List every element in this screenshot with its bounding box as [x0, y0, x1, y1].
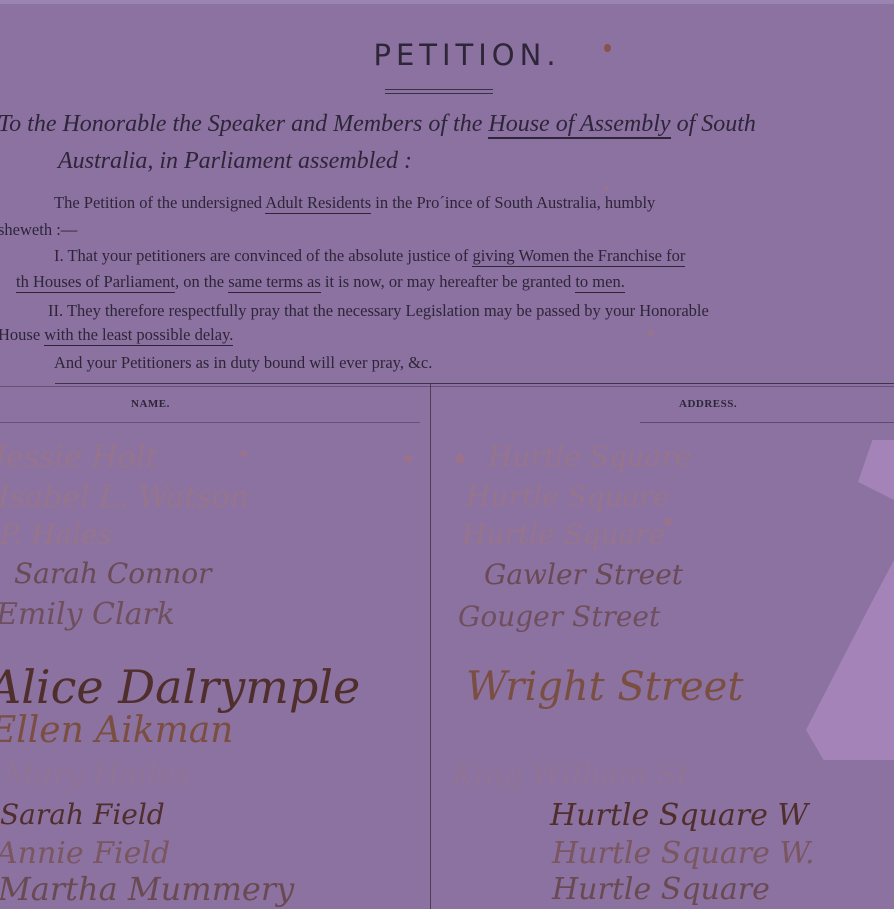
- signature-name: Ellen Aikman: [0, 710, 233, 751]
- signature-address: Hurtle Square W: [550, 798, 808, 833]
- signature-name: Annie Field: [0, 836, 170, 871]
- signature-name: Sarah Field: [0, 798, 165, 831]
- houses-underlined: th Houses of Parliament: [16, 272, 175, 293]
- clause-1-line-2: th Houses of Parliament, on the same ter…: [16, 272, 625, 292]
- same-terms-underlined: same terms as: [228, 272, 321, 293]
- signature-name: Alice Dalrymple: [0, 660, 360, 714]
- preamble-line-1: The Petition of the undersigned Adult Re…: [54, 193, 655, 213]
- name-column-header: NAME.: [131, 398, 170, 410]
- signature-address: Hurtle Square: [466, 480, 669, 513]
- torn-edge: [858, 440, 894, 500]
- table-top-rule-2: [0, 386, 894, 387]
- signature-address: Gawler Street: [484, 558, 683, 591]
- preamble-text: The Petition of the undersigned: [54, 193, 265, 212]
- signature-address: Gouger Street: [458, 600, 660, 633]
- address-line-1: To the Honorable the Speaker and Members…: [0, 111, 756, 138]
- title-double-rule: [385, 89, 493, 94]
- table-top-rule: [55, 383, 894, 384]
- signature-address: Hurtle Square: [488, 440, 691, 473]
- signature-address: Hurtle Square W.: [552, 836, 815, 871]
- clause-text: House: [0, 325, 44, 344]
- signature-name: P. Hales: [0, 518, 112, 551]
- signature-name: Emily Clark: [0, 597, 175, 632]
- torn-corner: [806, 560, 894, 760]
- address-text: To the Honorable the Speaker and Members…: [0, 111, 488, 137]
- address-text: of South: [671, 111, 756, 137]
- header-bottom-rule-left: [0, 422, 420, 423]
- signature-address: King William St: [452, 758, 689, 793]
- signature-address: Hurtle Square: [552, 872, 770, 907]
- petition-title: PETITION.: [0, 38, 894, 72]
- signature-address: Wright Street: [466, 664, 743, 710]
- preamble-line-2: sheweth :—: [0, 220, 77, 240]
- header-bottom-rule-right: [640, 422, 894, 423]
- foxing-spot: [404, 454, 413, 463]
- closing-line: And your Petitioners as in duty bound wi…: [54, 353, 432, 373]
- clause-2-line-1: II. They therefore respectfully pray tha…: [48, 301, 709, 321]
- house-of-assembly-underlined: House of Assembly: [488, 111, 670, 139]
- foxing-spot: [603, 186, 608, 191]
- clause-text: I. That your petitioners are convinced o…: [54, 246, 472, 265]
- foxing-spot: [240, 450, 247, 457]
- paper-edge: [0, 0, 894, 4]
- preamble-text: in the Pro´ince of South Australia, humb…: [371, 193, 655, 212]
- adult-residents-underlined: Adult Residents: [265, 193, 371, 214]
- clause-2-line-2: House with the least possible delay.: [0, 325, 233, 345]
- address-line-2: Australia, in Parliament assembled :: [58, 148, 412, 175]
- franchise-underlined: giving Women the Franchise for: [472, 246, 685, 267]
- signature-name: Martha Mummery: [0, 870, 294, 908]
- address-column-header: ADDRESS.: [679, 398, 737, 410]
- signature-name: Mary Hailes: [4, 758, 190, 793]
- signature-name: Sarah Connor: [14, 557, 211, 590]
- column-divider: [430, 384, 431, 909]
- clause-text: it is now, or may hereafter be granted: [321, 272, 576, 291]
- signature-name: Jessie Holt: [0, 440, 157, 475]
- to-men-underlined: to men.: [575, 272, 625, 293]
- clause-text: , on the: [175, 272, 228, 291]
- signature-name: Isabel L. Watson: [0, 480, 249, 515]
- foxing-spot: [455, 454, 465, 464]
- foxing-spot: [648, 330, 654, 336]
- least-delay-underlined: with the least possible delay.: [44, 325, 233, 346]
- clause-1-line-1: I. That your petitioners are convinced o…: [54, 246, 685, 266]
- signature-address: Hurtle Square: [462, 518, 665, 551]
